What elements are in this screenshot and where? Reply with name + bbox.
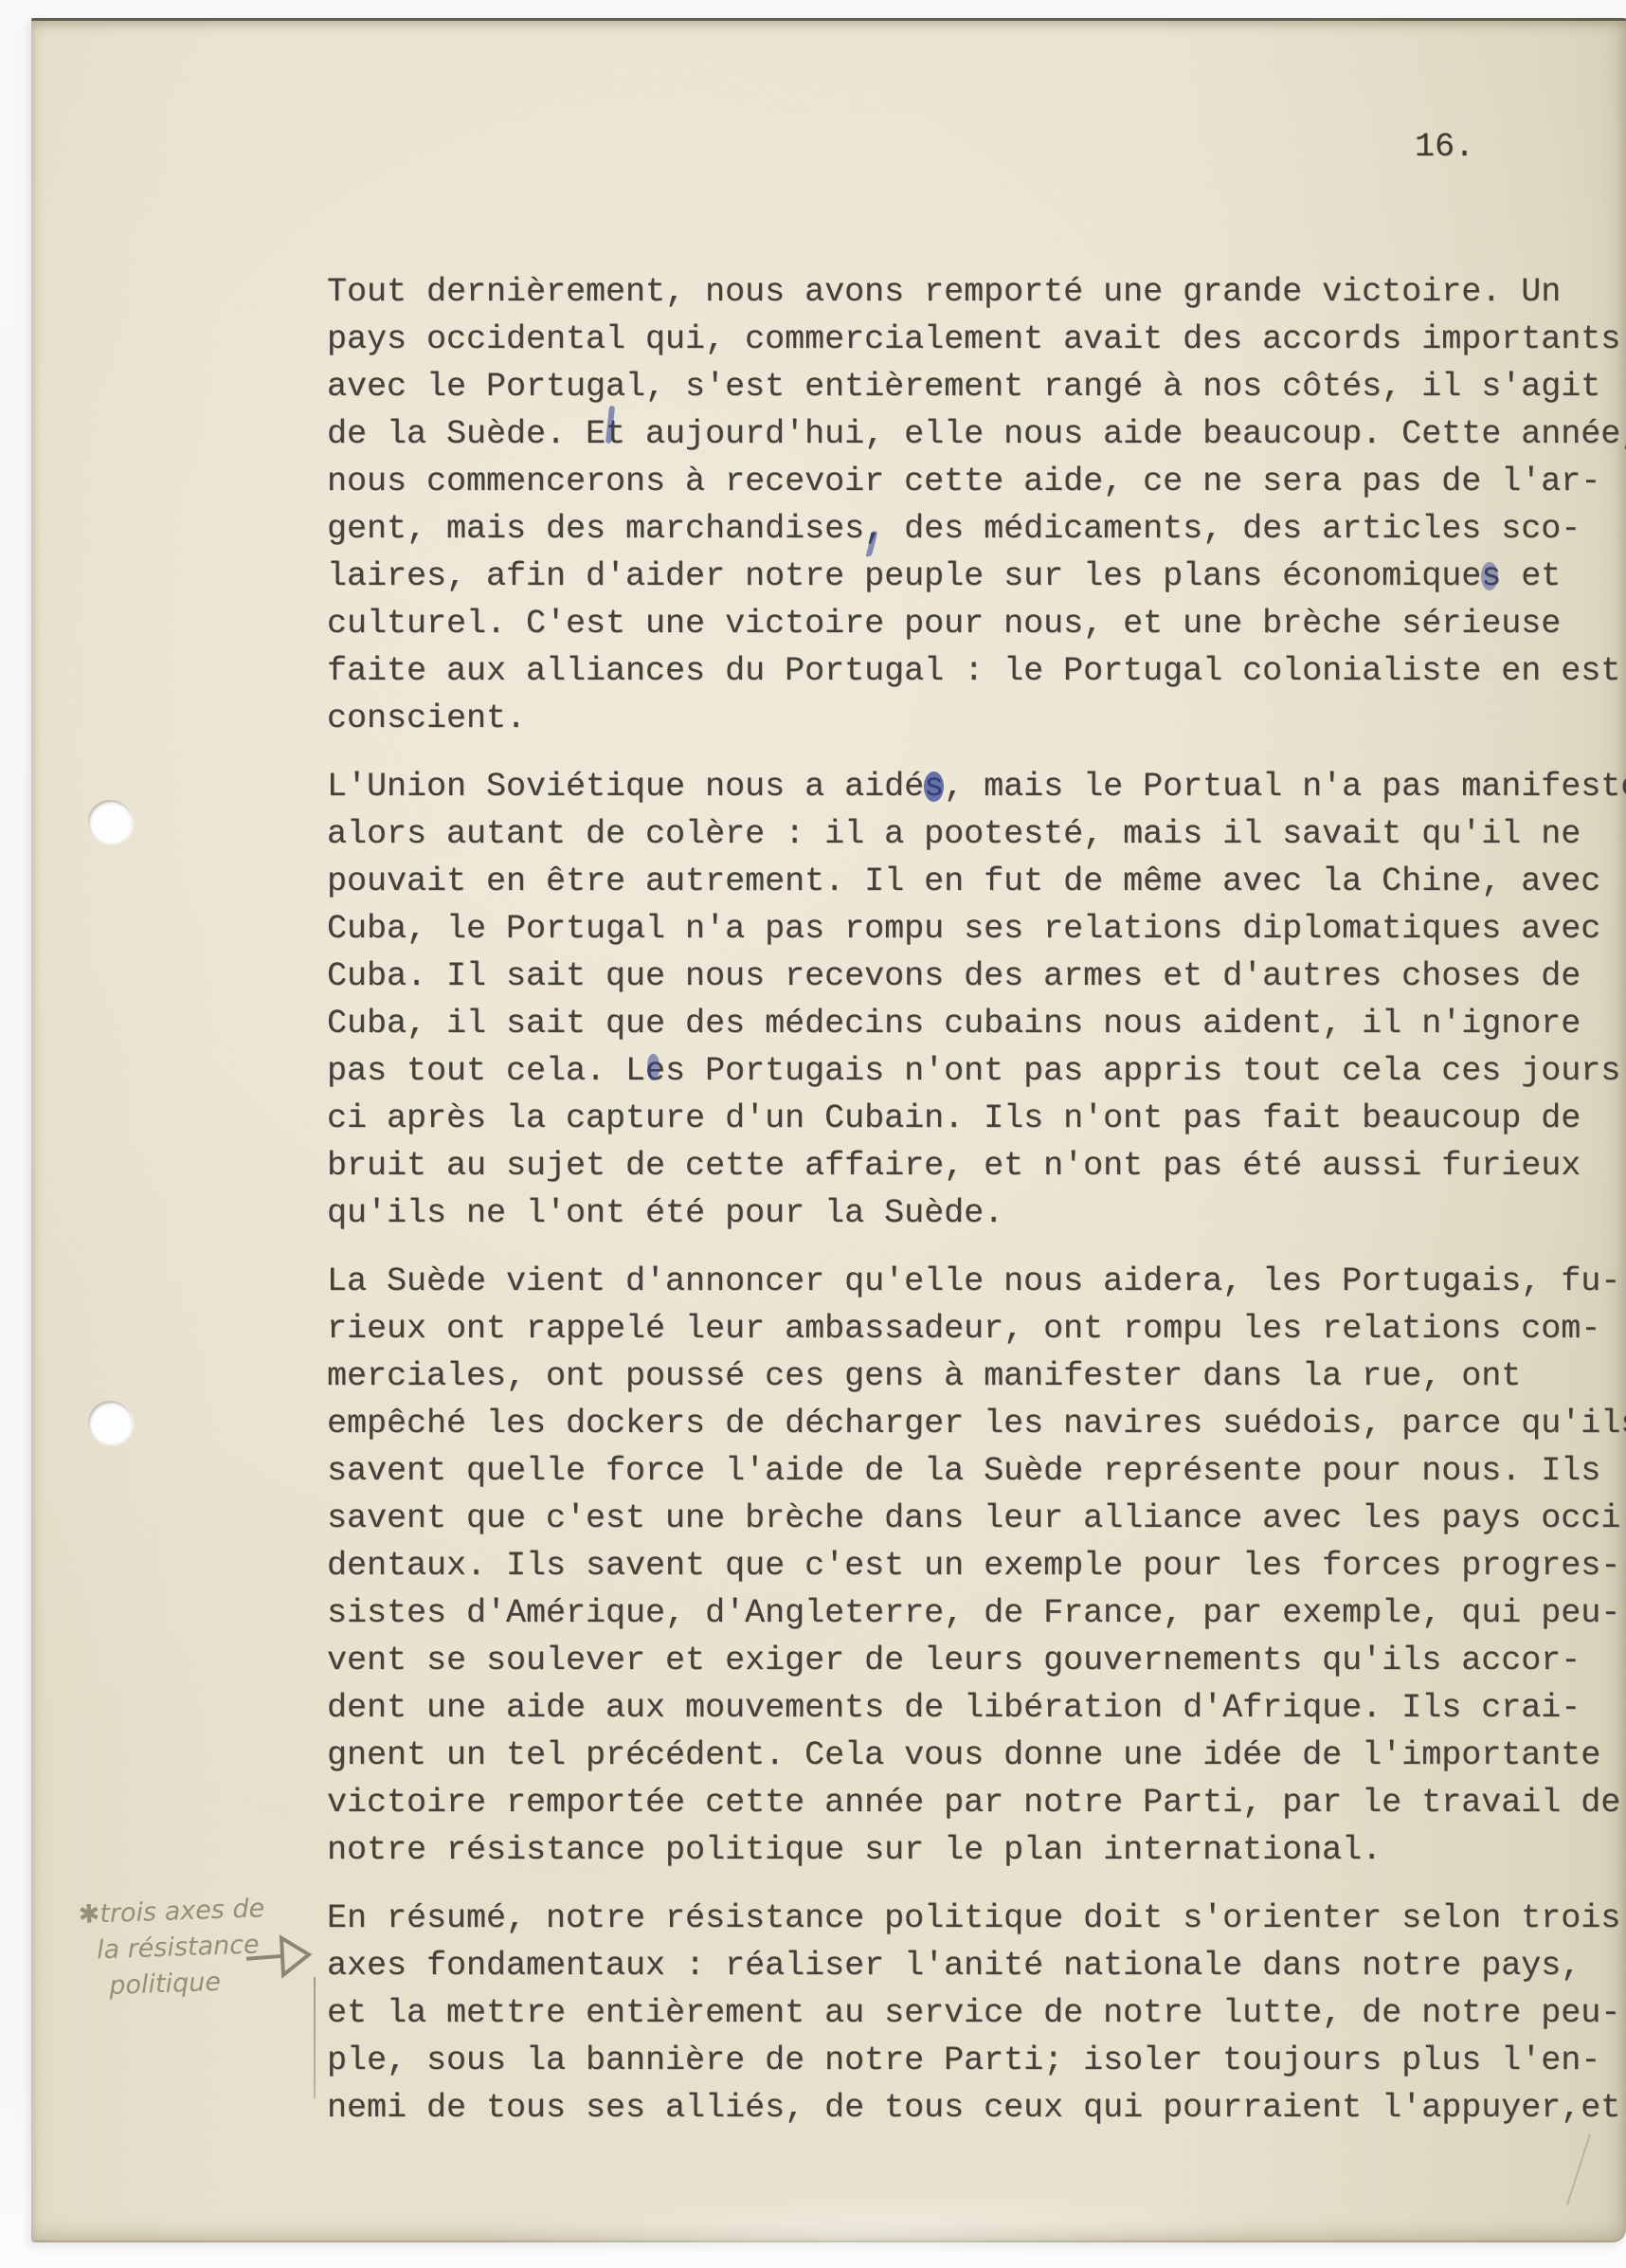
- typewritten-text: Tout dernièrement, nous avons remporté u…: [327, 268, 1626, 2152]
- punch-hole-bottom: [88, 1401, 133, 1444]
- ink-correction-mark-les: [647, 1054, 659, 1080]
- page-number: 16.: [1415, 128, 1474, 166]
- scanned-document-page: 16. Tout dernièrement, nous avons rempor…: [0, 0, 1626, 2268]
- margin-note-line: ✱trois axes de: [78, 1890, 297, 1933]
- paragraph-1: Tout dernièrement, nous avons remporté u…: [327, 268, 1626, 742]
- margin-arrow-icon: [244, 1932, 313, 1981]
- punch-hole-top: [88, 800, 133, 844]
- paragraph-4: En résumé, notre résistance politique do…: [327, 1895, 1626, 2132]
- ink-correction-mark-aides: [924, 771, 944, 802]
- paper-crease: [438, 2183, 1273, 2268]
- margin-pencil-line: [314, 1977, 316, 2098]
- ink-correction-mark-s: [1481, 562, 1498, 590]
- paragraph-2: L'Union Soviétique nous a aidés, mais le…: [327, 763, 1626, 1237]
- paragraph-3: La Suède vient d'annoncer qu'elle nous a…: [327, 1258, 1626, 1874]
